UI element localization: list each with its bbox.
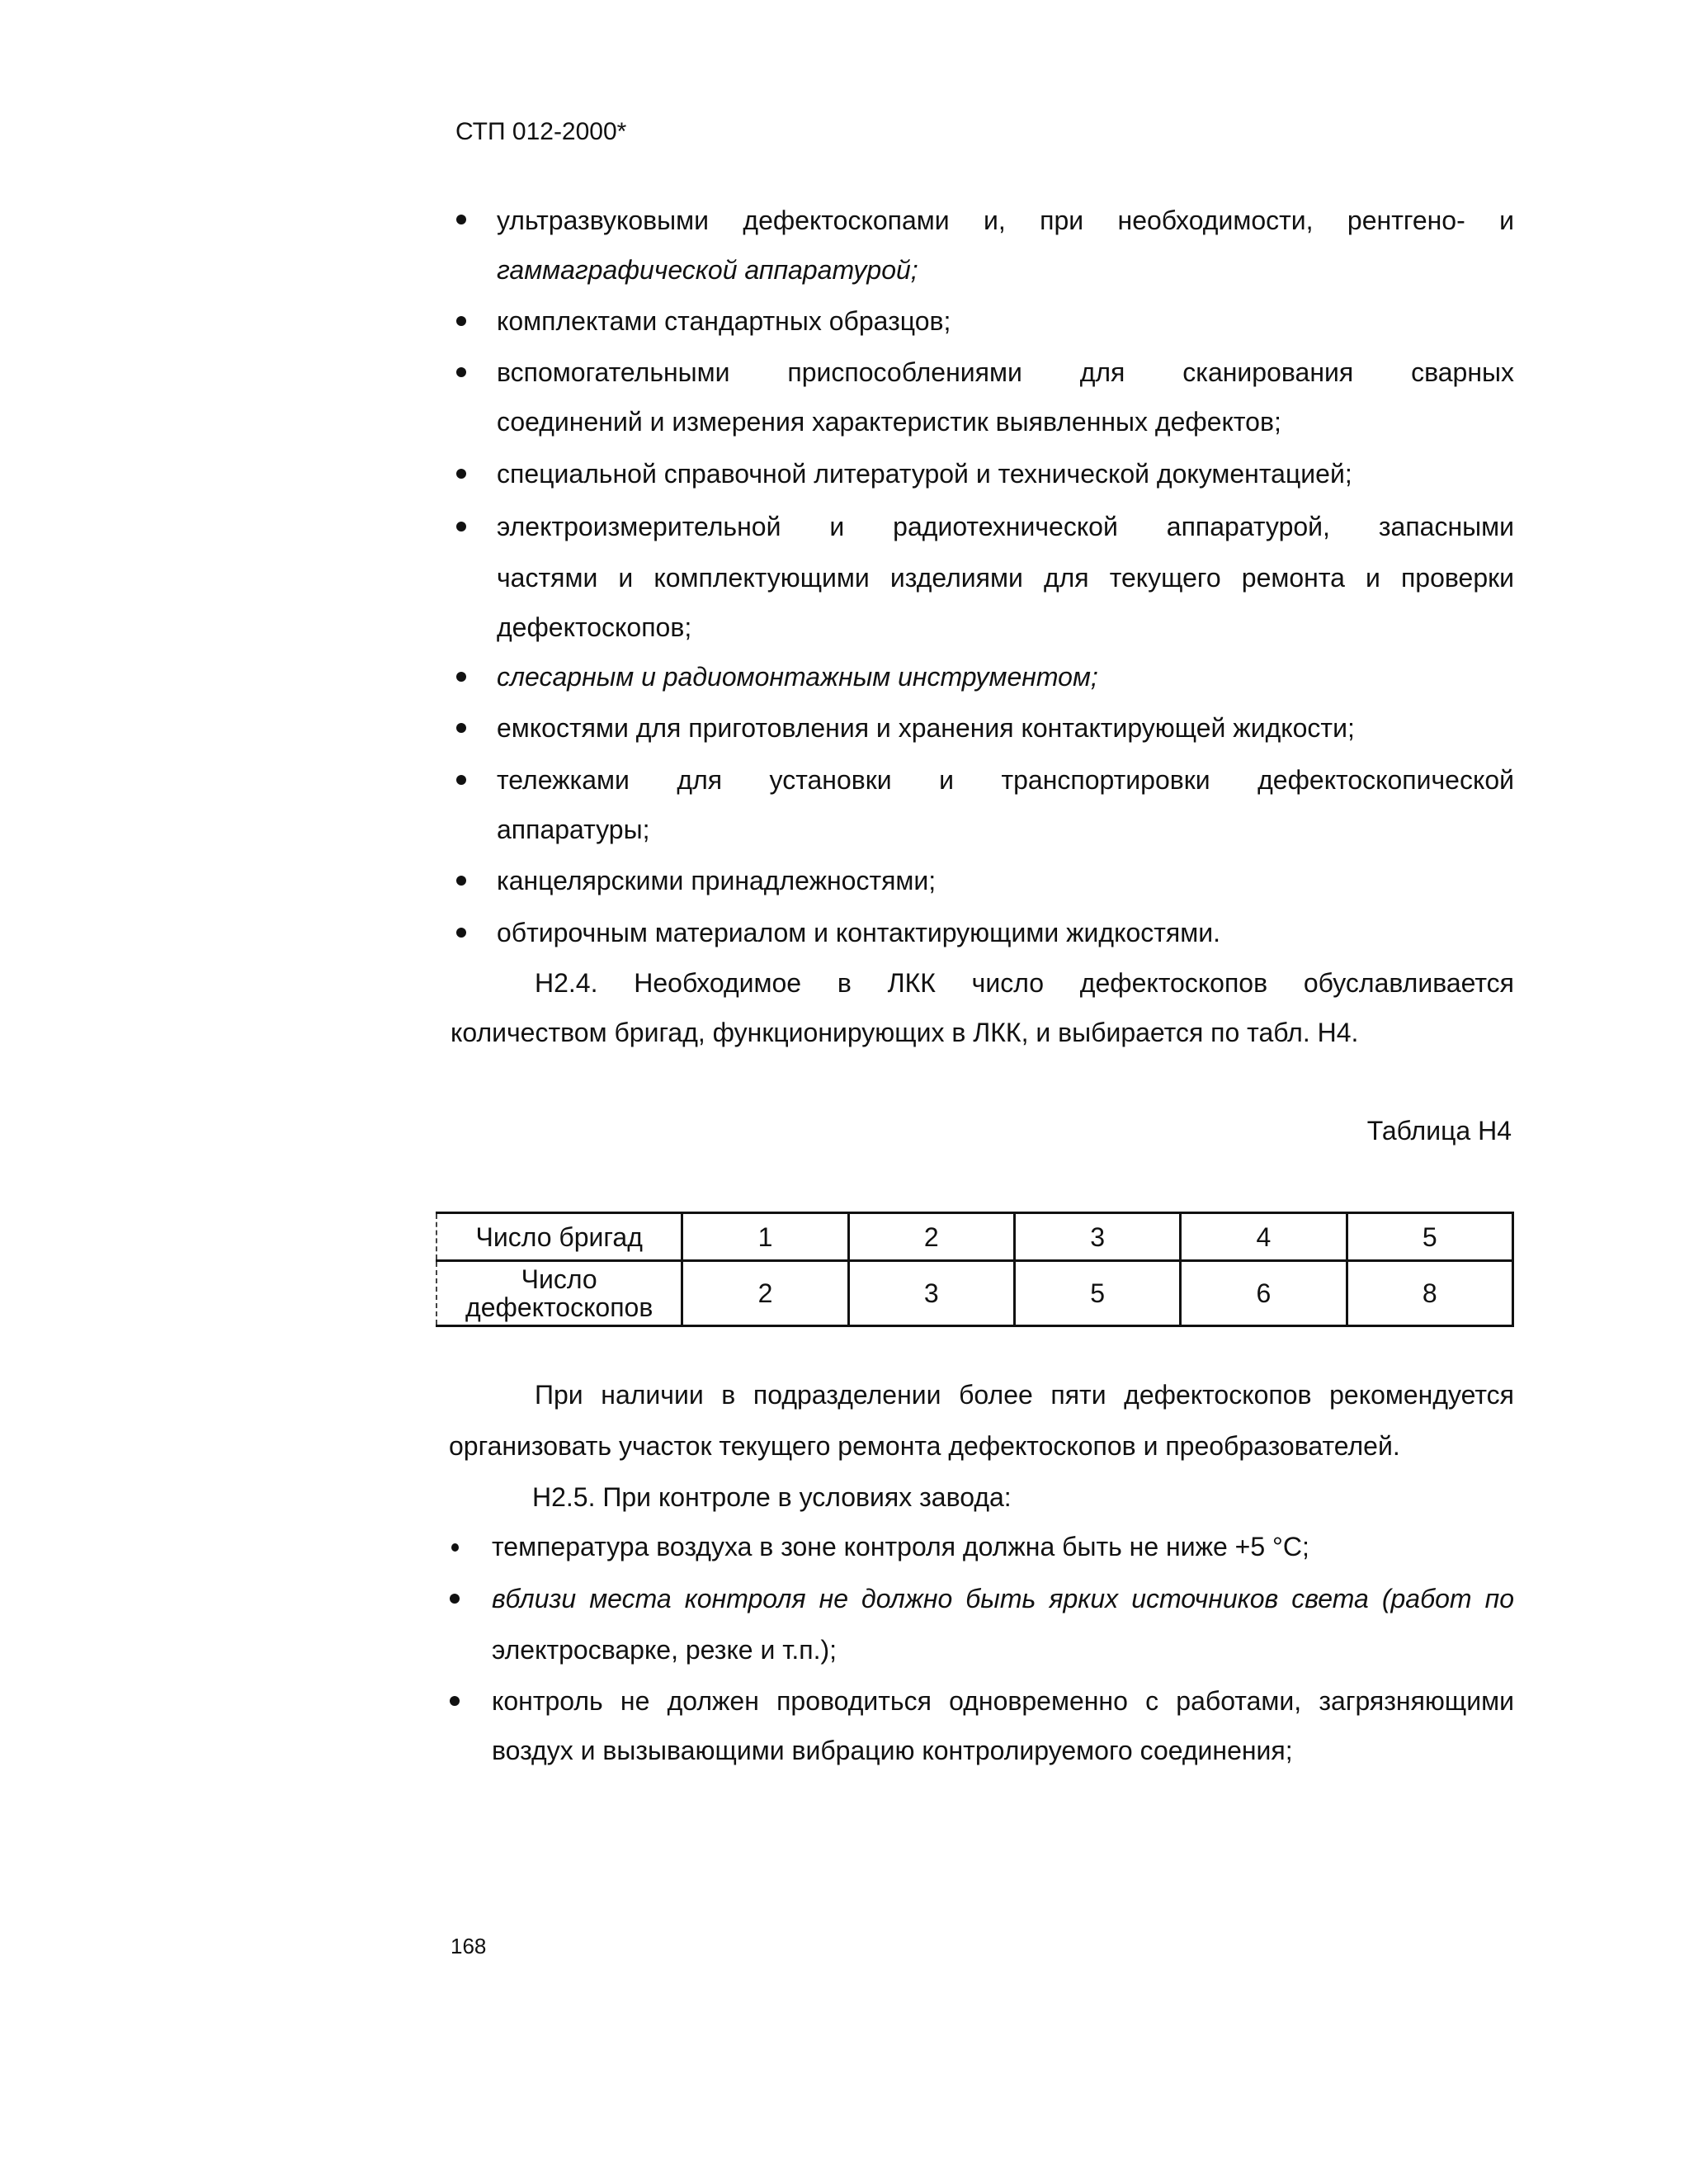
bullet-icon bbox=[450, 1696, 460, 1706]
list-item-line: воздух и вызывающими вибрацию контролиру… bbox=[492, 1734, 1293, 1767]
bullet-icon bbox=[456, 367, 466, 377]
list-item-line: контроль не должен проводиться одновреме… bbox=[492, 1684, 1514, 1717]
row-header: Число дефектоскопов bbox=[436, 1261, 682, 1326]
list-item-line: емкостями для приготовления и хранения к… bbox=[497, 711, 1355, 744]
list-item-line: тележками для установки и транспортировк… bbox=[497, 763, 1514, 796]
table-caption: Таблица Н4 bbox=[1367, 1114, 1512, 1147]
bullet-icon bbox=[456, 672, 466, 682]
list-item-line: дефектоскопов; bbox=[497, 611, 691, 644]
list-item-line: канцелярскими принадлежностями; bbox=[497, 864, 936, 897]
bullet-icon bbox=[456, 215, 466, 224]
list-item-line: вблизи места контроля не должно быть ярк… bbox=[492, 1582, 1514, 1615]
row-header-line: дефектоскопов bbox=[437, 1293, 681, 1321]
paragraph-line: Н2.5. При контроле в условиях завода: bbox=[532, 1481, 1012, 1514]
paragraph-line: Н2.4. Необходимое в ЛКК число дефектоско… bbox=[535, 966, 1514, 999]
table-cell: 6 bbox=[1181, 1261, 1347, 1326]
table-row: Число бригад 1 2 3 4 5 bbox=[436, 1213, 1513, 1261]
list-item-line: гаммаграфической аппаратурой; bbox=[497, 253, 918, 286]
paragraph-line: При наличии в подразделении более пяти д… bbox=[535, 1378, 1514, 1411]
table-cell: 2 bbox=[848, 1213, 1014, 1261]
bullet-icon bbox=[456, 316, 466, 326]
list-item-line: вспомогательными приспособлениями для ск… bbox=[497, 356, 1514, 389]
table-cell: 5 bbox=[1347, 1213, 1512, 1261]
bullet-icon bbox=[456, 723, 466, 733]
table-cell: 2 bbox=[682, 1261, 848, 1326]
bullet-icon bbox=[456, 522, 466, 531]
list-item-line: слесарным и радиомонтажным инструментом; bbox=[497, 660, 1098, 693]
bullet-icon bbox=[456, 775, 466, 785]
bullet-icon bbox=[456, 469, 466, 479]
list-item-line: обтирочным материалом и контактирующими … bbox=[497, 916, 1220, 949]
paragraph-line: количеством бригад, функционирующих в ЛК… bbox=[451, 1016, 1358, 1049]
table-cell: 8 bbox=[1347, 1261, 1512, 1326]
defectoscope-count-table: Число бригад 1 2 3 4 5 Число дефектоскоп… bbox=[436, 1212, 1514, 1327]
bullet-icon bbox=[456, 876, 466, 886]
row-header: Число бригад bbox=[436, 1213, 682, 1261]
bullet-icon bbox=[450, 1594, 460, 1604]
table-cell: 1 bbox=[682, 1213, 848, 1261]
list-item-line: температура воздуха в зоне контроля долж… bbox=[492, 1530, 1309, 1563]
list-item-line: электроизмерительной и радиотехнической … bbox=[497, 510, 1514, 543]
list-item-line: ультразвуковыми дефектоскопами и, при не… bbox=[497, 204, 1514, 237]
list-item-line: частями и комплектующими изделиями для т… bbox=[497, 561, 1514, 594]
paragraph-line: организовать участок текущего ремонта де… bbox=[449, 1429, 1400, 1462]
list-item-line: электросварке, резке и т.п.); bbox=[492, 1633, 837, 1666]
table-cell: 4 bbox=[1181, 1213, 1347, 1261]
document-code-header: СТП 012-2000* bbox=[455, 116, 626, 149]
bullet-icon bbox=[456, 928, 466, 938]
list-item-line: комплектами стандартных образцов; bbox=[497, 305, 951, 338]
list-item-line: специальной справочной литературой и тех… bbox=[497, 457, 1352, 490]
row-header-line: Число bbox=[437, 1265, 681, 1293]
table-cell: 3 bbox=[1014, 1213, 1180, 1261]
bullet-icon bbox=[451, 1543, 459, 1552]
table-cell: 5 bbox=[1014, 1261, 1180, 1326]
list-item-line: соединений и измерения характеристик выя… bbox=[497, 405, 1281, 438]
list-item-line: аппаратуры; bbox=[497, 813, 649, 846]
table-row: Число дефектоскопов 2 3 5 6 8 bbox=[436, 1261, 1513, 1326]
page-number: 168 bbox=[451, 1930, 486, 1963]
table-cell: 3 bbox=[848, 1261, 1014, 1326]
